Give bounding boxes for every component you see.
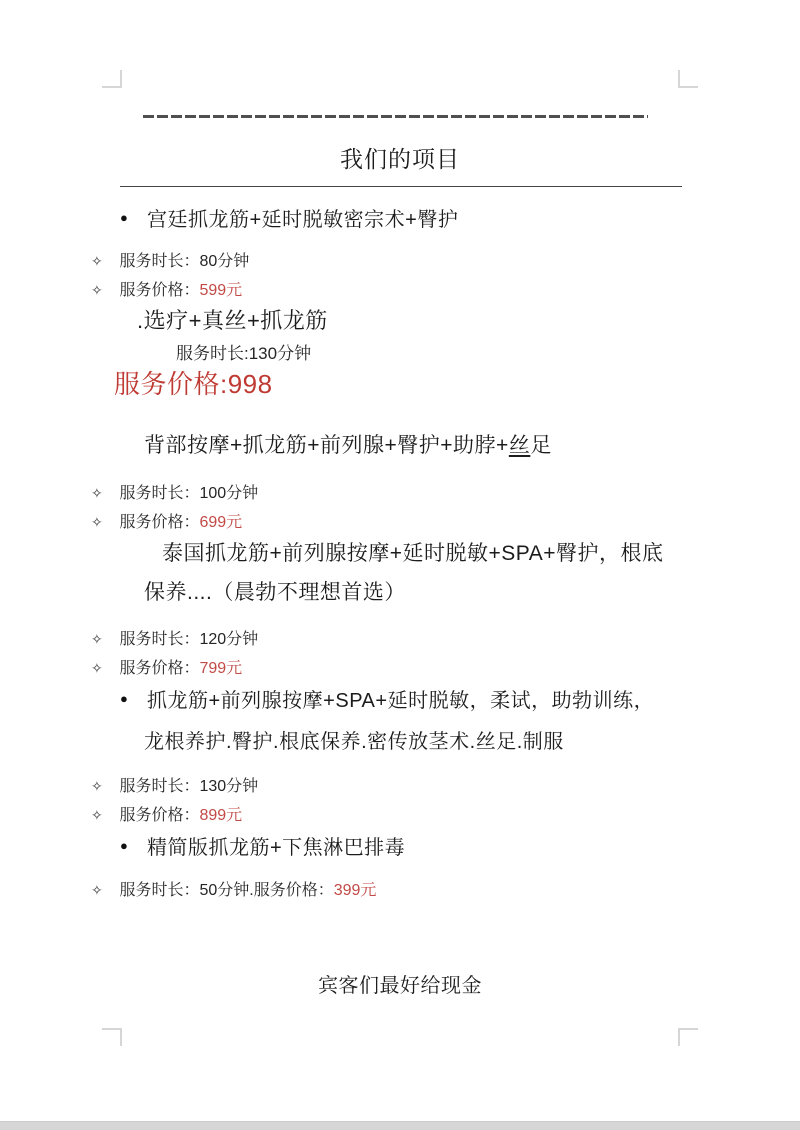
service-4-heading-line2: 保养....（晨勃不理想首选） xyxy=(144,576,406,606)
crop-mark-bottom-left-icon xyxy=(102,1028,122,1046)
service-4-price-row: ✧ 服务价格：799元 xyxy=(91,655,242,678)
diamond-icon: ✧ xyxy=(91,253,115,270)
service-1-price-row: ✧ 服务价格：599元 xyxy=(91,277,242,300)
price-value: 399元 xyxy=(334,882,377,899)
price-label: 服务价格： xyxy=(119,807,199,824)
crop-mark-top-left-icon xyxy=(102,70,122,88)
service-6-duration-price-row: ✧ 服务时长：50分钟.服务价格：399元 xyxy=(91,877,376,900)
service-3-heading-underlined: 丝 xyxy=(509,434,531,457)
service-3-heading-suffix: 足 xyxy=(530,434,552,457)
diamond-icon: ✧ xyxy=(91,807,115,824)
service-5-heading-row: ● 抓龙筋+前列腺按摩+SPA+延时脱敏，柔试，助勃训练， xyxy=(120,684,654,713)
duration-label: 服务时长： xyxy=(119,778,199,795)
service-2-price: 服务价格:998 xyxy=(114,364,273,401)
duration-value: 130分钟 xyxy=(199,778,258,795)
price-label: 服务价格： xyxy=(119,660,199,677)
service-4-duration-row: ✧ 服务时长：120分钟 xyxy=(91,626,258,649)
duration-label: 服务时长： xyxy=(119,485,199,502)
price-value: 699元 xyxy=(199,514,242,531)
window-bottom-bar xyxy=(0,1121,800,1130)
service-6-heading: 精简版抓龙筋+下焦淋巴排毒 xyxy=(147,831,405,860)
duration-value: 120分钟 xyxy=(199,631,258,648)
price-value: 799元 xyxy=(199,660,242,677)
service-2-heading: .选疗+真丝+抓龙筋 xyxy=(137,304,328,335)
service-3-price-row: ✧ 服务价格：699元 xyxy=(91,509,242,532)
crop-mark-top-right-icon xyxy=(678,70,698,88)
diamond-icon: ✧ xyxy=(91,485,115,502)
price-label: 服务价格： xyxy=(119,282,199,299)
service-1-heading-row: ● 宫廷抓龙筋+延时脱敏密宗术+臀护 xyxy=(120,203,458,232)
service-3-duration-row: ✧ 服务时长：100分钟 xyxy=(91,480,258,503)
service-2-duration: 服务时长:130分钟 xyxy=(176,339,311,364)
service-3-heading: 背部按摩+抓龙筋+前列腺+臀护+助脖+丝足 xyxy=(144,429,552,459)
price-label: 服务价格： xyxy=(119,514,199,531)
price-value: 899元 xyxy=(199,807,242,824)
service-5-heading-line2: 龙根养护.臀护.根底保养.密传放茎术.丝足.制服 xyxy=(144,725,564,754)
service-5-price-row: ✧ 服务价格：899元 xyxy=(91,802,242,825)
service-3-heading-prefix: 背部按摩+抓龙筋+前列腺+臀护+助脖+ xyxy=(144,434,509,457)
duration-value: 100分钟 xyxy=(199,485,258,502)
price-label: 服务价格： xyxy=(254,882,334,899)
title-underline xyxy=(120,186,682,187)
duration-value: 80分钟 xyxy=(199,253,249,270)
duration-label: 服务时长： xyxy=(119,253,199,270)
service-6-heading-row: ● 精简版抓龙筋+下焦淋巴排毒 xyxy=(120,831,405,860)
bullet-icon: ● xyxy=(120,691,147,706)
crop-mark-bottom-right-icon xyxy=(678,1028,698,1046)
duration-value: 50分钟. xyxy=(199,882,253,899)
diamond-icon: ✧ xyxy=(91,660,115,677)
bullet-icon: ● xyxy=(120,210,147,225)
page-title: 我们的项目 xyxy=(0,142,800,176)
duration-label: 服务时长： xyxy=(119,882,199,899)
price-value: 599元 xyxy=(199,282,242,299)
service-4-heading-line1: 泰国抓龙筋+前列腺按摩+延时脱敏+SPA+臀护，根底 xyxy=(162,537,664,567)
diamond-icon: ✧ xyxy=(91,631,115,648)
document-page: 我们的项目 ● 宫廷抓龙筋+延时脱敏密宗术+臀护 ✧ 服务时长：80分钟 ✧ 服… xyxy=(0,0,800,1130)
service-1-heading: 宫廷抓龙筋+延时脱敏密宗术+臀护 xyxy=(147,203,458,232)
diamond-icon: ✧ xyxy=(91,778,115,795)
diamond-icon: ✧ xyxy=(91,282,115,299)
service-5-duration-row: ✧ 服务时长：130分钟 xyxy=(91,773,258,796)
dashed-divider xyxy=(143,115,648,118)
duration-label: 服务时长： xyxy=(119,631,199,648)
footer-note: 宾客们最好给现金 xyxy=(0,969,800,998)
bullet-icon: ● xyxy=(120,838,147,853)
diamond-icon: ✧ xyxy=(91,514,115,531)
diamond-icon: ✧ xyxy=(91,882,115,899)
service-5-heading-line1: 抓龙筋+前列腺按摩+SPA+延时脱敏，柔试，助勃训练， xyxy=(147,684,654,713)
service-1-duration-row: ✧ 服务时长：80分钟 xyxy=(91,248,249,271)
